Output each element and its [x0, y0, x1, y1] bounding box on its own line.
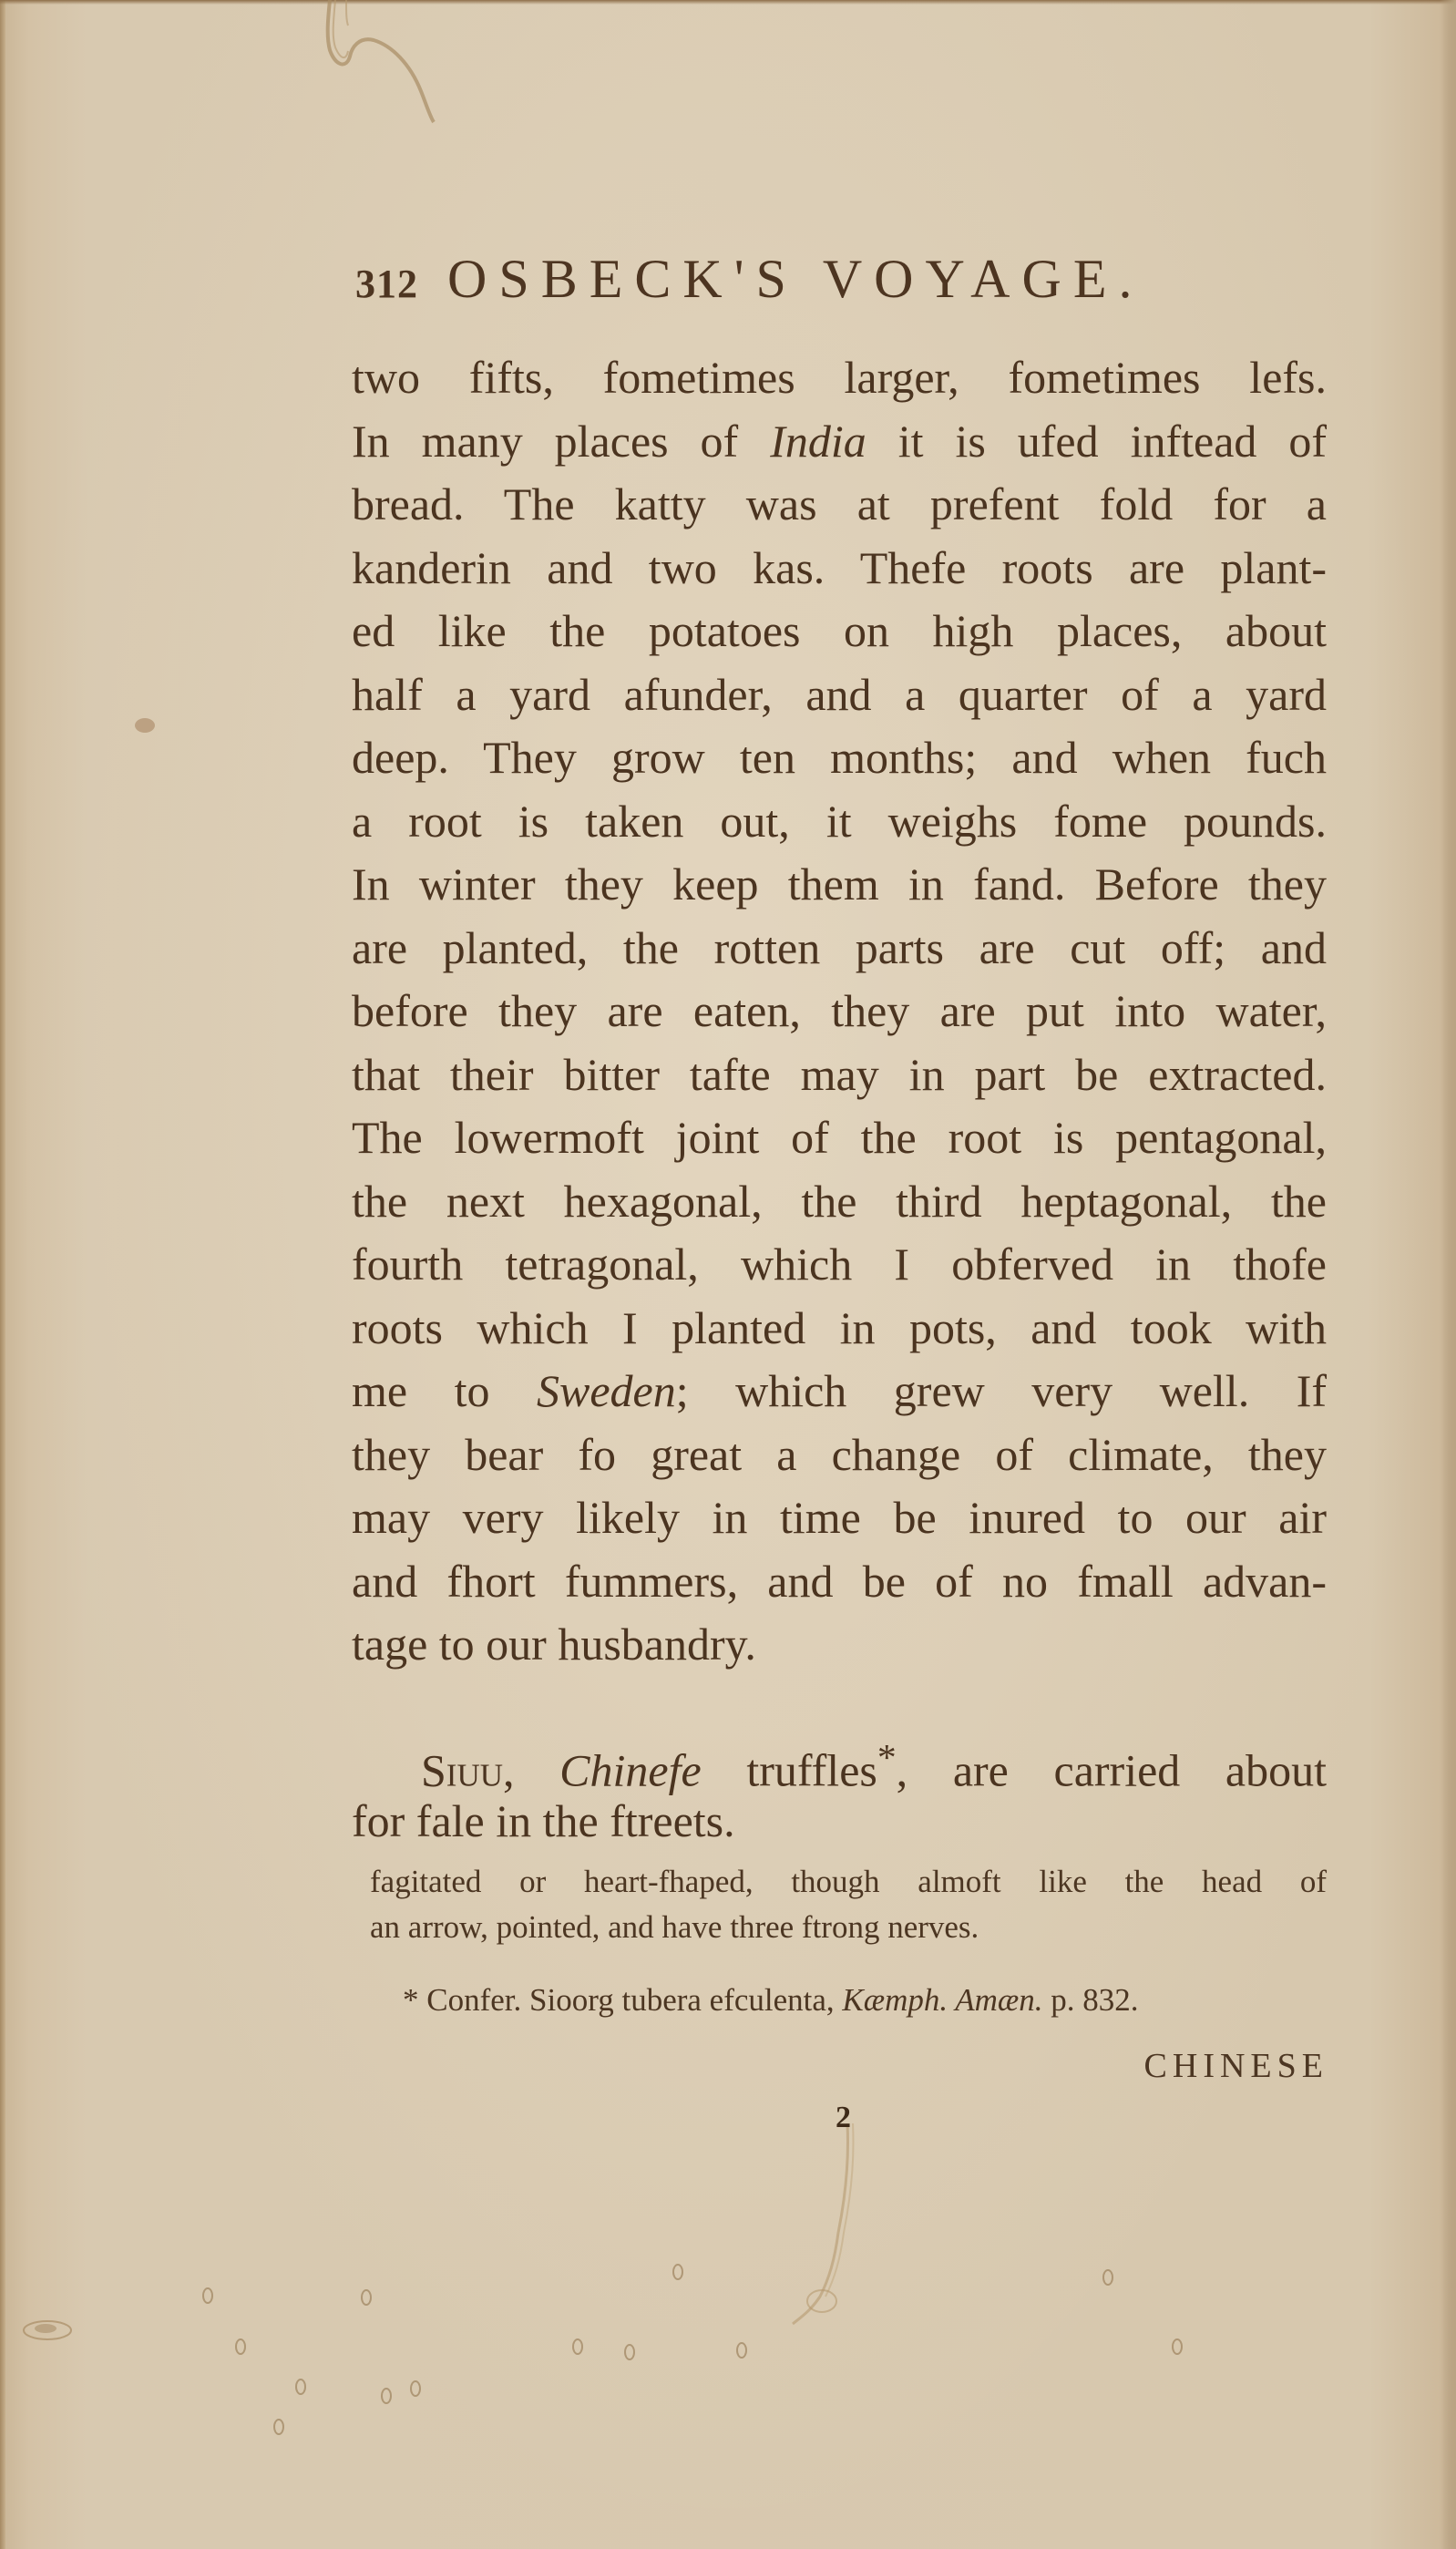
paragraph-gap	[352, 1677, 1327, 1727]
text-line: they bear fo great a change of climate, …	[352, 1424, 1327, 1487]
footnote-line: an arrow, pointed, and have three ftrong…	[370, 1905, 1327, 1950]
text-line: may very likely in time be inured to our…	[352, 1486, 1327, 1550]
ink-blot-icon	[20, 2317, 75, 2344]
italic-place-name: India	[770, 416, 866, 467]
text-line: ed like the potatoes on high places, abo…	[352, 600, 1327, 663]
text-line: that their bitter tafte may in part be e…	[352, 1043, 1327, 1107]
paper-speck	[624, 2344, 635, 2360]
signature-mark: 2	[836, 2101, 851, 2135]
paper-speck	[736, 2342, 747, 2359]
text-line: In many places of India it is ufed infte…	[352, 410, 1327, 474]
text-line: are planted, the rotten parts are cut of…	[352, 917, 1327, 981]
text-fragment: , are carried about	[897, 1744, 1327, 1795]
footnote-note: * Confer. Sioorg tubera efculenta, Kæmph…	[370, 1978, 1327, 2023]
running-header: 312 OSBECK'S VOYAGE.	[355, 248, 1276, 321]
paper-speck	[410, 2380, 421, 2397]
text-line: me to Sweden; which grew very well. If	[352, 1360, 1327, 1424]
paper-speck	[1172, 2338, 1183, 2355]
paper-spot	[135, 718, 155, 733]
page-right-edge	[1440, 0, 1456, 2549]
footnote-citation: Kæmph. Amæn.	[842, 1982, 1042, 2018]
paper-speck	[672, 2264, 683, 2280]
page-top-edge	[0, 0, 1456, 5]
paper-speck	[572, 2338, 583, 2355]
text-line: a root is taken out, it weighs fome poun…	[352, 790, 1327, 854]
catchword: CHINESE	[1144, 2046, 1328, 2086]
main-text: two fifts, fometimes larger, fometimes l…	[352, 346, 1327, 1854]
text-line: Siuu, Chinefe truffles*, are carried abo…	[352, 1727, 1327, 1791]
water-stain-bottom-icon	[765, 2123, 875, 2333]
text-line: deep. They grow ten months; and when fuc…	[352, 726, 1327, 790]
footnote-line: fagitated or heart-fhaped, though almoft…	[370, 1859, 1327, 1905]
text-line: roots which I planted in pots, and took …	[352, 1297, 1327, 1361]
text-line: for fale in the ftreets.	[352, 1790, 1327, 1854]
paper-speck	[361, 2289, 372, 2306]
paper-speck	[1102, 2269, 1113, 2286]
paper-speck	[295, 2379, 306, 2395]
text-line: In winter they keep them in fand. Before…	[352, 853, 1327, 917]
page-left-edge	[0, 0, 5, 2549]
text-line: fourth tetragonal, which I obferved in t…	[352, 1233, 1327, 1297]
italic-word: Chinefe	[559, 1744, 702, 1795]
text-line: and fhort fummers, and be of no fmall ad…	[352, 1550, 1327, 1614]
text-line: two fifts, fometimes larger, fometimes l…	[352, 346, 1327, 410]
text-line: kanderin and two kas. Thefe roots are pl…	[352, 537, 1327, 601]
paper-speck	[381, 2388, 392, 2404]
paper-speck	[202, 2287, 213, 2304]
running-title: OSBECK'S VOYAGE.	[447, 248, 1143, 311]
text-line: bread. The katty was at prefent fold for…	[352, 473, 1327, 537]
footnote-page: p. 832.	[1051, 1982, 1138, 2018]
text-line: half a yard afunder, and a quarter of a …	[352, 663, 1327, 727]
footnote-gap	[370, 1950, 1327, 1978]
lead-word: Siuu,	[421, 1744, 515, 1795]
paper-speck	[235, 2338, 246, 2355]
book-page: 312 OSBECK'S VOYAGE. two fifts, fometime…	[0, 0, 1456, 2549]
paper-speck	[273, 2419, 284, 2435]
text-fragment: truffles	[746, 1744, 877, 1795]
text-line: before they are eaten, they are put into…	[352, 980, 1327, 1043]
footnotes: fagitated or heart-fhaped, though almoft…	[370, 1859, 1327, 2023]
text-line: tage to our husbandry.	[352, 1613, 1327, 1677]
footnote-text: Confer. Sioorg tubera efculenta,	[426, 1982, 834, 2018]
water-stain-icon	[319, 0, 456, 128]
page-number: 312	[355, 261, 418, 307]
footnote-marker: *	[403, 1982, 419, 2018]
text-line: the next hexagonal, the third heptagonal…	[352, 1170, 1327, 1234]
italic-place-name: Sweden	[537, 1365, 676, 1416]
text-line: The lowermoft joint of the root is penta…	[352, 1106, 1327, 1170]
footnote-marker: *	[877, 1737, 897, 1779]
